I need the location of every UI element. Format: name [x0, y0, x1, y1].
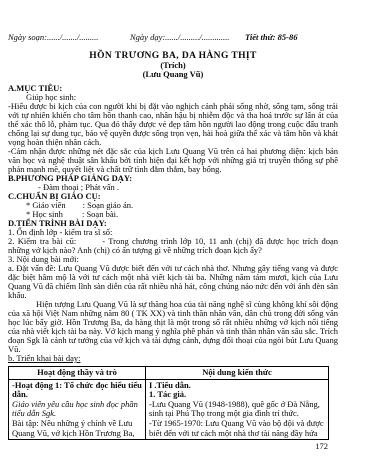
teacher-instruction: Giáo viên yêu cầu học sinh đọc phần tiểu… [12, 400, 142, 419]
lesson-author: (Lưu Quang Vũ) [8, 70, 338, 79]
lesson-activity-table: Hoạt động thầy và trò Nội dung kiến thức… [8, 366, 329, 440]
author-bio-line-2: -Từ 1965-1970: Lưu Quang Vũ vào bộ đội v… [149, 419, 325, 438]
knowledge-cell: I .Tiểu dẫn. 1. Tác giả. -Lưu Quang Vũ (… [146, 379, 329, 440]
title-block: HỒN TRƯƠNG BA, DA HÀNG THỊT (Trích) (Lưu… [8, 51, 338, 79]
objective-point-1: -Hiểu được bi kịch của con người khi bị … [8, 102, 338, 147]
introduction-paragraph-2: Hiện tượng Lưu Quang Vũ là sự thăng hoa … [8, 300, 338, 354]
lesson-plan-page: Ngày soạn:....../......./......... Ngày … [0, 0, 366, 473]
step-2-oral-check: 2. Kiểm tra bài cũ:- Trong chương trình … [8, 237, 338, 255]
header-meta-row: Ngày soạn:....../......./......... Ngày … [8, 33, 338, 42]
exercise-prompt: Bài tập: Nêu những ý chính về Lưu Quang … [12, 419, 142, 438]
date-taught-field: Ngày dạy:....../........./............. [130, 33, 229, 42]
page-number: 172 [8, 442, 330, 451]
objective-point-2: -Cảm nhận được những nét đặc sắc của kịc… [8, 147, 338, 174]
period-number-field: Tiết thứ: 85-86 [245, 33, 297, 42]
lesson-development-label: b. Triển khai bài dạy: [8, 354, 338, 363]
table-header-row: Hoạt động thầy và trò Nội dung kiến thức [9, 367, 329, 380]
column-header-teacher-student-activity: Hoạt động thầy và trò [9, 367, 146, 380]
activity-cell: -Hoạt động 1: Tổ chức đọc hiểu tiểu dẫn.… [9, 379, 146, 440]
author-bio-line-1: -Lưu Quang Vũ (1948-1988), quê gốc ở Đà … [149, 400, 325, 419]
introduction-paragraph-1: a. Đặt vấn đề: Lưu Quang Vũ được biết đế… [8, 264, 338, 300]
activity-1-title: -Hoạt động 1: Tổ chức đọc hiểu tiểu dẫn. [12, 381, 142, 400]
page-content: Ngày soạn:....../......./......... Ngày … [8, 33, 338, 451]
date-prepared-field: Ngày soạn:....../......./......... [8, 33, 98, 42]
table-body-row: -Hoạt động 1: Tổ chức đọc hiểu tiểu dẫn.… [9, 379, 329, 440]
column-header-knowledge-content: Nội dung kiến thức [146, 367, 329, 380]
